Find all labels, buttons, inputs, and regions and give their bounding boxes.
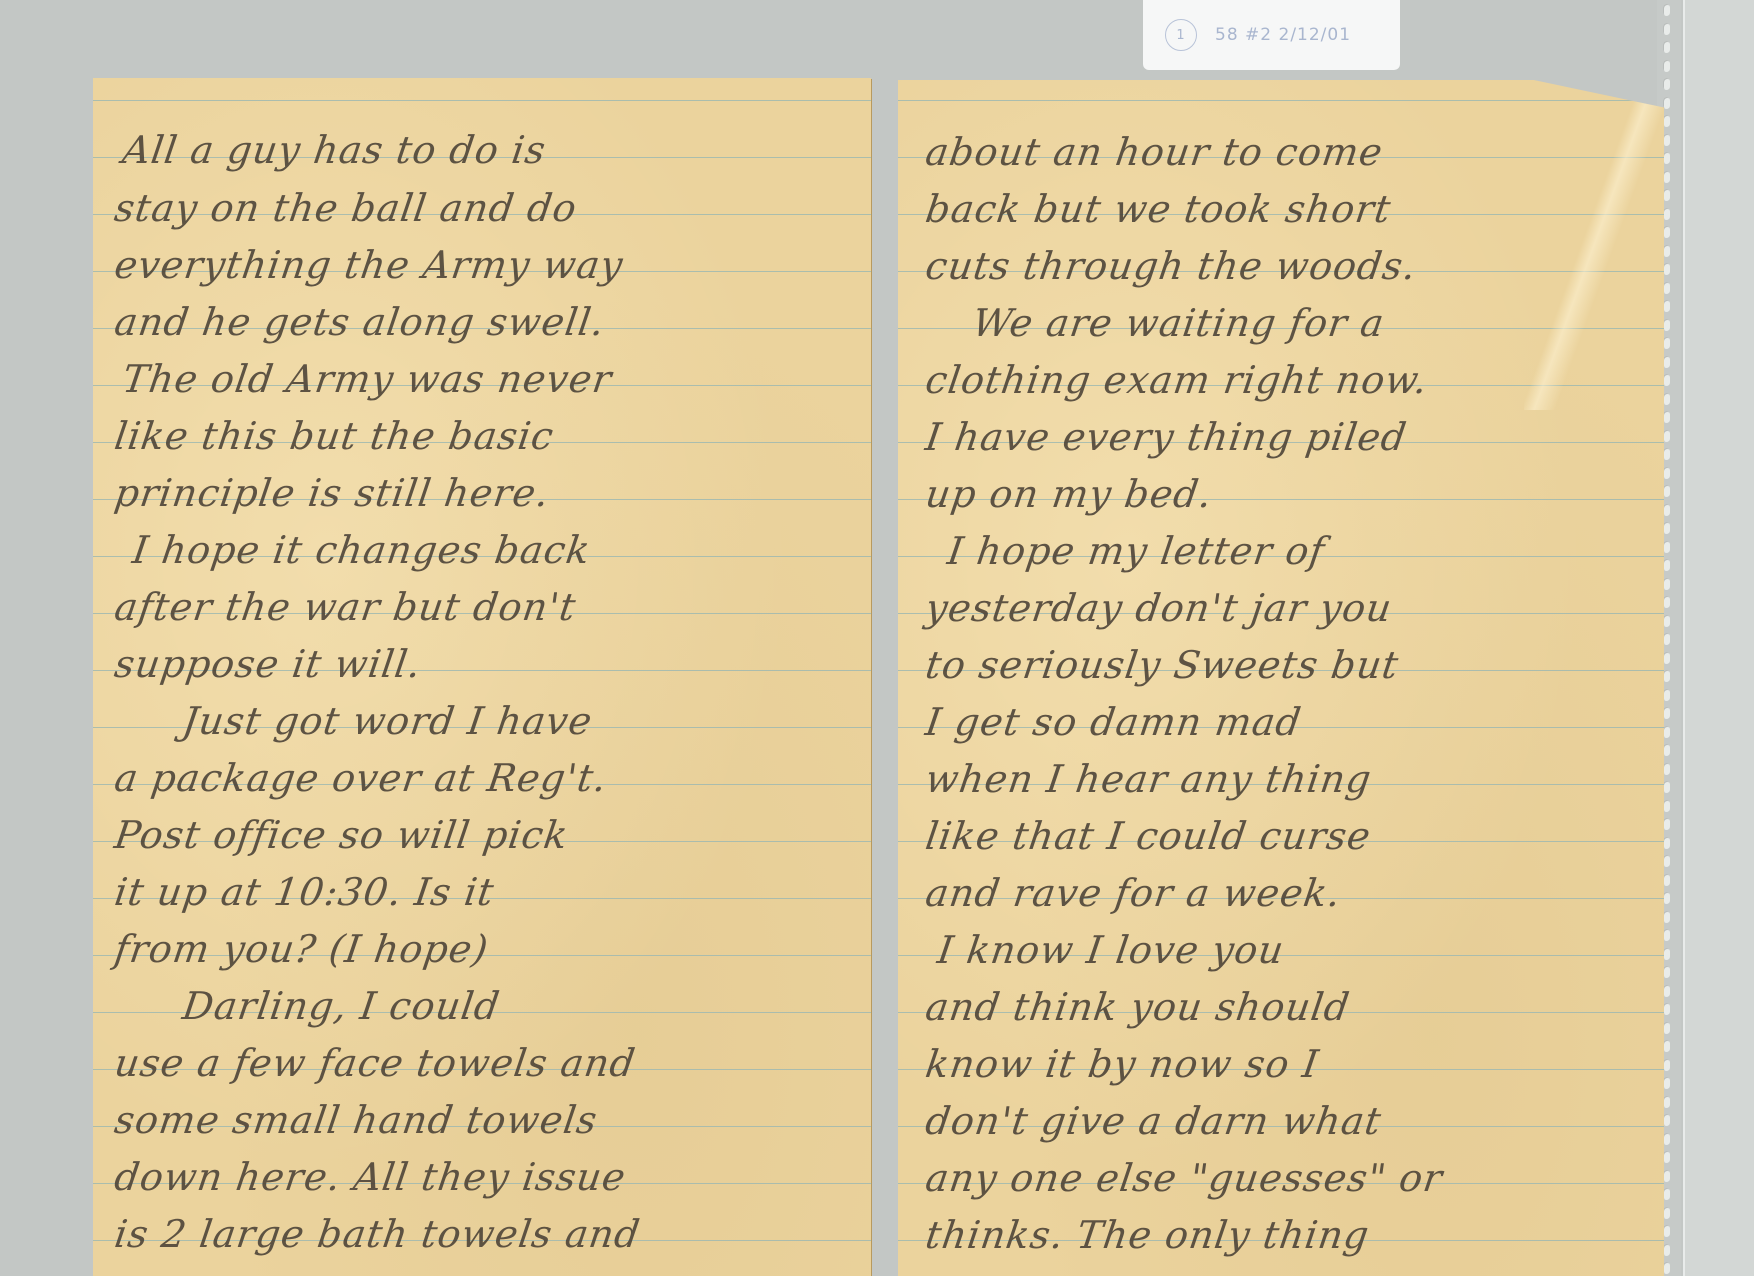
perforation-hole xyxy=(1663,448,1670,460)
handwritten-line: like this but the basic xyxy=(112,414,557,458)
perforation-hole xyxy=(1663,282,1670,294)
perforation-hole xyxy=(1663,781,1670,793)
handwritten-line: and think you should xyxy=(923,985,1353,1029)
perforation-hole xyxy=(1663,1133,1670,1145)
handwriting: about an hour to come back but we took s… xyxy=(898,80,1664,1276)
perforation-hole xyxy=(1663,911,1670,923)
archive-label-text: 58 #2 2/12/01 xyxy=(1215,25,1351,45)
perforation-hole xyxy=(1663,411,1670,423)
perforation-hole xyxy=(1663,78,1670,90)
perforation-hole xyxy=(1663,337,1670,349)
perforation-hole xyxy=(1663,985,1670,997)
handwritten-line: Darling, I could xyxy=(180,984,503,1028)
perforation-hole xyxy=(1663,1170,1670,1182)
handwritten-line: stay on the ball and do xyxy=(112,186,580,230)
handwritten-line: suppose it will. xyxy=(112,642,424,686)
perforation-hole xyxy=(1663,726,1670,738)
perforation-hole xyxy=(1663,134,1670,146)
handwritten-line: like that I could curse xyxy=(923,814,1374,858)
handwritten-line: up on my bed. xyxy=(923,472,1215,516)
perforation-hole xyxy=(1663,393,1670,405)
handwritten-line: principle is still here. xyxy=(112,471,553,515)
perforation-hole xyxy=(1663,966,1670,978)
perforation-hole xyxy=(1663,615,1670,627)
perforation-hole xyxy=(1663,578,1670,590)
perforation-hole xyxy=(1663,522,1670,534)
perforation-hole xyxy=(1663,1207,1670,1219)
perforation-hole xyxy=(1663,1096,1670,1108)
handwriting: All a guy has to do is stay on the ball … xyxy=(93,78,871,1276)
handwritten-line: it up at 10:30. Is it xyxy=(112,870,497,914)
letter-page-right: about an hour to come back but we took s… xyxy=(898,80,1664,1276)
handwritten-line: and rave for a week. xyxy=(923,871,1344,915)
handwritten-line: I have every thing piled xyxy=(923,415,1410,459)
handwritten-line: from you? (I hope) xyxy=(112,927,492,971)
perforation-hole xyxy=(1663,837,1670,849)
perforation-hole xyxy=(1663,1188,1670,1200)
perforation-hole xyxy=(1663,1151,1670,1163)
perforation-hole xyxy=(1663,1059,1670,1071)
handwritten-line: everything the Army way xyxy=(112,243,626,287)
handwritten-line: a package over at Reg't. xyxy=(112,756,610,800)
perforation-hole xyxy=(1663,670,1670,682)
perforation-hole xyxy=(1663,689,1670,701)
perforation-hole xyxy=(1663,97,1670,109)
perforation-hole xyxy=(1663,559,1670,571)
perforation-hole xyxy=(1663,652,1670,664)
handwritten-line: don't give a darn what xyxy=(923,1099,1385,1143)
perforation-hole xyxy=(1663,892,1670,904)
perforation-hole xyxy=(1663,948,1670,960)
perforation-hole xyxy=(1663,374,1670,386)
handwritten-line: clothing exam right now. xyxy=(923,358,1431,402)
perforation-hole xyxy=(1663,504,1670,516)
perforation-hole xyxy=(1663,541,1670,553)
handwritten-line: about an hour to come xyxy=(923,130,1386,174)
perforation-hole xyxy=(1663,60,1670,72)
handwritten-line: We are waiting for a xyxy=(970,301,1388,345)
handwritten-line: when I hear any thing xyxy=(923,757,1375,801)
handwritten-line: I know I love you xyxy=(935,928,1287,972)
perforation-hole xyxy=(1663,744,1670,756)
handwritten-line: I hope it changes back xyxy=(130,528,594,572)
perforation-hole xyxy=(1663,1040,1670,1052)
perforation-hole xyxy=(1663,41,1670,53)
perforation-hole xyxy=(1663,633,1670,645)
handwritten-line: know it by now so I xyxy=(923,1042,1322,1086)
perforation-hole xyxy=(1663,430,1670,442)
perforation-hole xyxy=(1663,245,1670,257)
perforation-hole xyxy=(1663,1114,1670,1126)
sleeve-edge xyxy=(1683,0,1754,1276)
perforation-hole xyxy=(1663,707,1670,719)
handwritten-line: down here. All they issue xyxy=(112,1155,629,1199)
handwritten-line: to seriously Sweets but xyxy=(923,643,1402,687)
handwritten-line: after the war but don't xyxy=(112,585,579,629)
handwritten-line: is 2 large bath towels and xyxy=(112,1212,643,1256)
perforation-hole xyxy=(1663,1077,1670,1089)
perforation-hole xyxy=(1663,23,1670,35)
handwritten-line: Just got word I have xyxy=(180,699,595,743)
perforation-hole xyxy=(1663,226,1670,238)
handwritten-line: The old Army was never xyxy=(120,357,615,401)
perforation-hole xyxy=(1663,818,1670,830)
perforation-hole xyxy=(1663,356,1670,368)
perforation-hole xyxy=(1663,929,1670,941)
circle-mark: 1 xyxy=(1165,19,1197,51)
perforation-hole xyxy=(1663,189,1670,201)
handwritten-line: thinks. The only thing xyxy=(923,1213,1372,1257)
perforation-hole xyxy=(1663,171,1670,183)
letter-page-left: All a guy has to do is stay on the ball … xyxy=(93,78,871,1276)
perforation-hole xyxy=(1663,4,1670,16)
handwritten-line: use a few face towels and xyxy=(112,1041,639,1085)
handwritten-line: yesterday don't jar you xyxy=(923,586,1395,630)
perforation-hole xyxy=(1663,263,1670,275)
perforation-hole xyxy=(1663,115,1670,127)
perforation-hole xyxy=(1663,208,1670,220)
handwritten-line: and he gets along swell. xyxy=(112,300,608,344)
handwritten-line: any one else "guesses" or xyxy=(923,1156,1446,1200)
perforation-hole xyxy=(1663,763,1670,775)
perforation-hole xyxy=(1663,467,1670,479)
perforation-hole xyxy=(1663,596,1670,608)
perforation-hole xyxy=(1663,485,1670,497)
perforation-hole xyxy=(1663,1022,1670,1034)
perforation-hole xyxy=(1663,300,1670,312)
perforation-hole xyxy=(1663,1262,1670,1274)
perforation-hole xyxy=(1663,152,1670,164)
handwritten-line: cuts through the woods. xyxy=(923,244,1419,288)
handwritten-line: I hope my letter of xyxy=(945,529,1328,573)
perforation-hole xyxy=(1663,874,1670,886)
handwritten-line: All a guy has to do is xyxy=(120,128,549,172)
perforation-hole xyxy=(1663,319,1670,331)
perforation-hole xyxy=(1663,1244,1670,1256)
perforation-hole xyxy=(1663,855,1670,867)
perforation-hole xyxy=(1663,800,1670,812)
handwritten-line: Post office so will pick xyxy=(112,813,571,857)
perforation-hole xyxy=(1663,1225,1670,1237)
handwritten-line: back but we took short xyxy=(923,187,1394,231)
handwritten-line: some small hand towels xyxy=(112,1098,601,1142)
handwritten-line: I get so damn mad xyxy=(923,700,1304,744)
perforation-hole xyxy=(1663,1003,1670,1015)
archive-label: 1 58 #2 2/12/01 xyxy=(1143,0,1400,70)
